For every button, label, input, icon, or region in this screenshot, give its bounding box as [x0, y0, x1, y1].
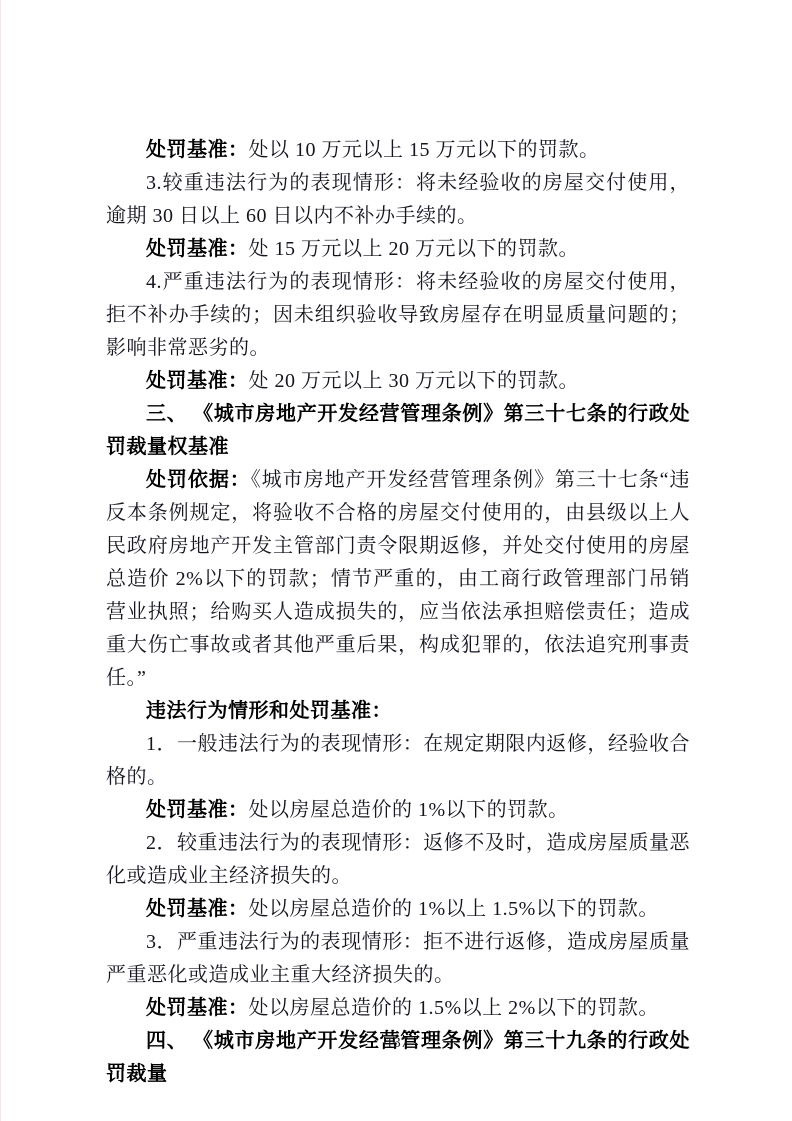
paragraph: 处罚基准：处以房屋总造价的 1%以上 1.5%以下的罚款。 — [106, 893, 690, 926]
paragraph: 处罚基准：处 15 万元以上 20 万元以下的罚款。 — [106, 233, 690, 266]
paragraph-label: 处罚基准： — [146, 238, 249, 260]
document-body: 处罚基准：处以 10 万元以上 15 万元以下的罚款。3.较重违法行为的表现情形… — [106, 134, 690, 1091]
paragraph-text: 《城市房地产开发经营管理条例》第三十七条“违反本条例规定，将验收不合格的房屋交付… — [106, 469, 690, 689]
paragraph-text: 处以房屋总造价的 1%以上 1.5%以下的罚款。 — [249, 898, 659, 920]
paragraph: 2．较重违法行为的表现情形：返修不及时，造成房屋质量恶化或造成业主经济损失的。 — [106, 827, 690, 893]
paragraph: 处罚基准：处 20 万元以上 30 万元以下的罚款。 — [106, 365, 690, 398]
paragraph: 4.严重违法行为的表现情形：将未经验收的房屋交付使用，拒不补办手续的；因未组织验… — [106, 266, 690, 365]
paragraph-label: 处罚基准： — [146, 799, 249, 821]
paragraph-label: 处罚基准： — [146, 997, 249, 1019]
page-footer: 137 — [1, 1033, 792, 1053]
section-heading: 违法行为情形和处罚基准： — [106, 695, 690, 728]
paragraph-text: 4.严重违法行为的表现情形：将未经验收的房屋交付使用，拒不补办手续的；因未组织验… — [106, 271, 690, 359]
paragraph-label: 处罚基准： — [146, 370, 249, 392]
paragraph: 处罚基准：处以房屋总造价的 1.5%以上 2%以下的罚款。 — [106, 992, 690, 1025]
paragraph-text: 2．较重违法行为的表现情形：返修不及时，造成房屋质量恶化或造成业主经济损失的。 — [106, 832, 690, 887]
paragraph-text: 处 20 万元以上 30 万元以下的罚款。 — [249, 370, 580, 392]
paragraph-text: 处以房屋总造价的 1.5%以上 2%以下的罚款。 — [249, 997, 659, 1019]
paragraph: 处罚依据：《城市房地产开发经营管理条例》第三十七条“违反本条例规定，将验收不合格… — [106, 464, 690, 695]
paragraph-text: 处以 10 万元以上 15 万元以下的罚款。 — [249, 139, 600, 161]
paragraph-text: 违法行为情形和处罚基准： — [146, 700, 392, 722]
paragraph-text: 3．严重违法行为的表现情形：拒不进行返修，造成房屋质量严重恶化或造成业主重大经济… — [106, 931, 690, 986]
paragraph: 处罚基准：处以房屋总造价的 1%以下的罚款。 — [106, 794, 690, 827]
page-number: 137 — [386, 1035, 409, 1051]
paragraph-text: 3.较重违法行为的表现情形：将未经验收的房屋交付使用，逾期 30 日以上 60 … — [106, 172, 690, 227]
paragraph-text: 1．一般违法行为的表现情形：在规定期限内返修，经验收合格的。 — [106, 733, 690, 788]
paragraph: 3．严重违法行为的表现情形：拒不进行返修，造成房屋质量严重恶化或造成业主重大经济… — [106, 926, 690, 992]
paragraph-label: 处罚基准： — [146, 139, 249, 161]
paragraph: 3.较重违法行为的表现情形：将未经验收的房屋交付使用，逾期 30 日以上 60 … — [106, 167, 690, 233]
paragraph-text: 处以房屋总造价的 1%以下的罚款。 — [249, 799, 569, 821]
paragraph-text: 处 15 万元以上 20 万元以下的罚款。 — [249, 238, 580, 260]
paragraph: 1．一般违法行为的表现情形：在规定期限内返修，经验收合格的。 — [106, 728, 690, 794]
paragraph-label: 处罚依据： — [146, 469, 251, 491]
paragraph-text: 三、 《城市房地产开发经营管理条例》第三十七条的行政处罚裁量权基准 — [106, 403, 690, 458]
paragraph-label: 处罚基准： — [146, 898, 249, 920]
paragraph: 处罚基准：处以 10 万元以上 15 万元以下的罚款。 — [106, 134, 690, 167]
section-heading: 三、 《城市房地产开发经营管理条例》第三十七条的行政处罚裁量权基准 — [106, 398, 690, 464]
